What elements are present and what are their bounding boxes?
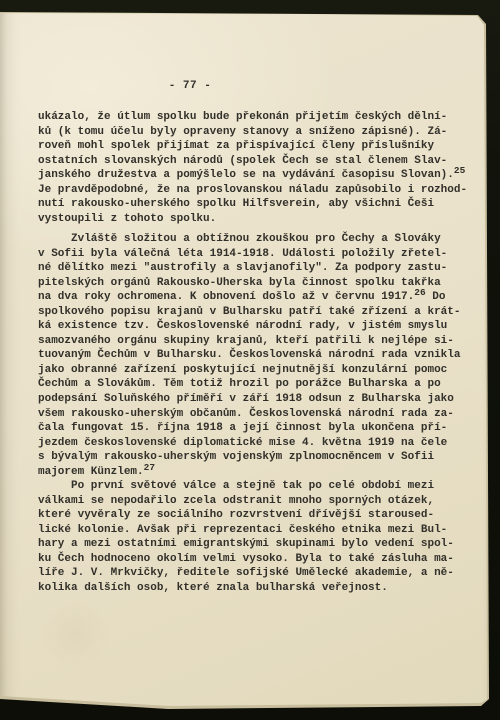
footnote-ref: 25 — [454, 165, 465, 176]
paragraph-continuation: ukázalo, že útlum spolku bude překonán p… — [38, 110, 478, 226]
paragraph-wartime-years: Zvláště složitou a obtížnou zkouškou pro… — [38, 232, 478, 479]
document-page: - 77 - ukázalo, že útlum spolku bude pře… — [0, 0, 500, 720]
footnote-ref: 26 — [414, 287, 425, 298]
page-number: - 77 - — [0, 79, 405, 94]
scanned-book-photo: - 77 - ukázalo, že útlum spolku bude pře… — [0, 0, 500, 720]
paragraph-interwar-period: Po první světové válce a stejně tak po c… — [38, 479, 478, 595]
footnote-ref: 27 — [144, 462, 155, 473]
